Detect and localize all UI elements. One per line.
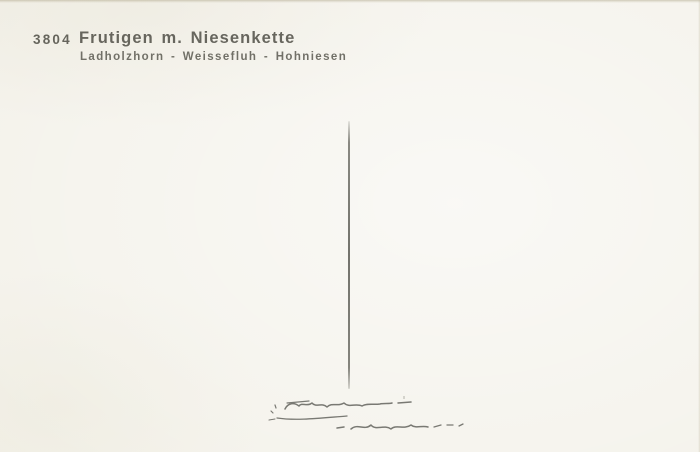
handwritten-signature (263, 394, 478, 446)
postcard-subtitle: Ladholzhorn - Weissefluh - Hohniesen (80, 51, 347, 63)
divider-line (348, 121, 350, 389)
paper-top-edge (0, 0, 700, 3)
catalog-number: 3804 (33, 32, 72, 47)
postcard-title: Frutigen m. Niesenkette (79, 29, 295, 48)
signature-strokes (269, 401, 463, 429)
postcard-back: 3804 Frutigen m. Niesenkette Ladholzhorn… (0, 0, 700, 452)
